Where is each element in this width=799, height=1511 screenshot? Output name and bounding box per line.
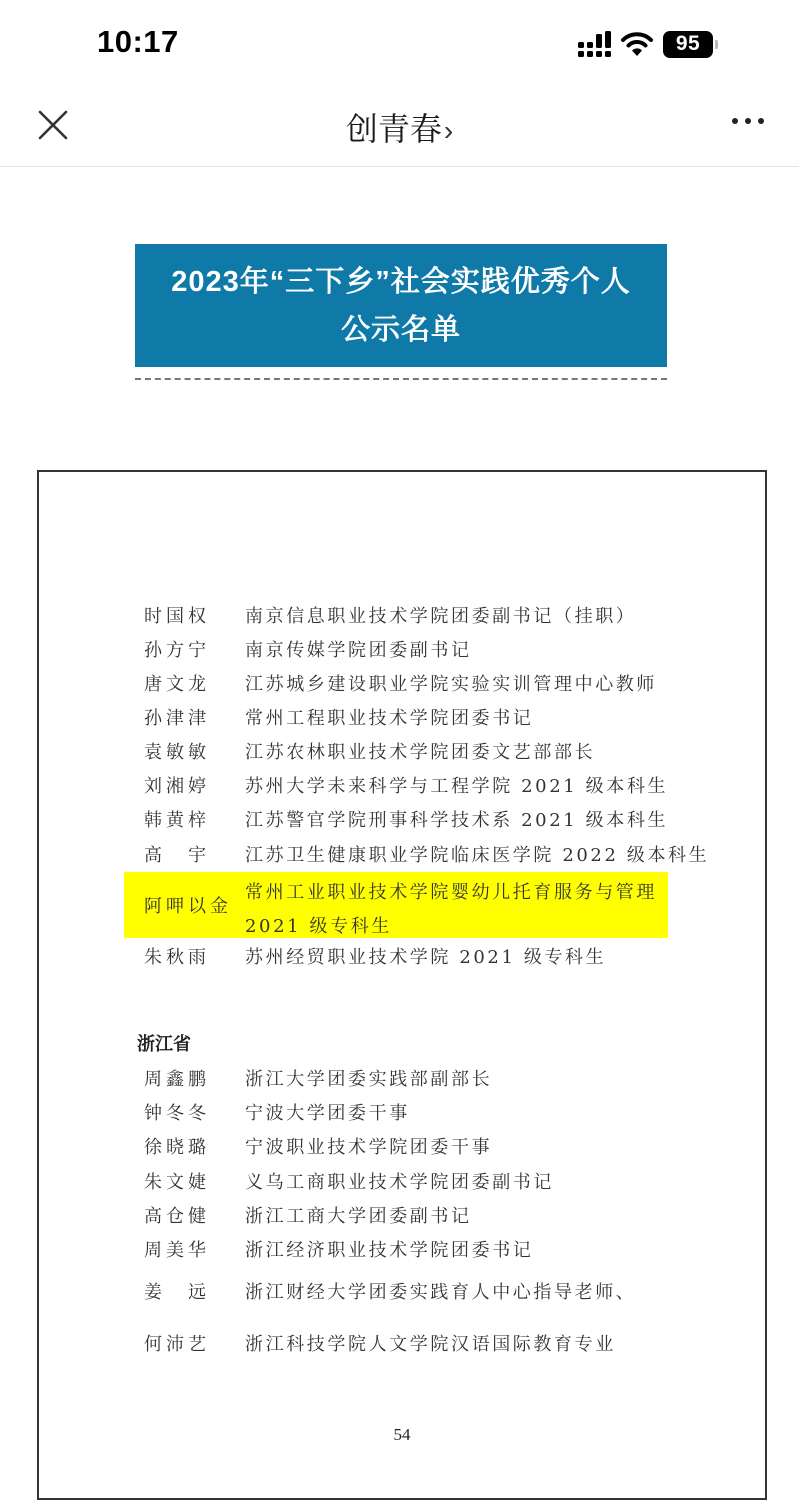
list-item: 高 宇江苏卫生健康职业学院临床医学院 2022 级本科生 bbox=[39, 841, 765, 871]
person-name: 朱秋雨 bbox=[144, 943, 210, 969]
person-desc: 南京传媒学院团委副书记 bbox=[245, 636, 472, 662]
person-desc: 宁波大学团委干事 bbox=[245, 1099, 410, 1125]
person-name: 刘湘婷 bbox=[144, 772, 210, 798]
status-icons: 95 bbox=[578, 28, 718, 60]
person-name: 唐文龙 bbox=[144, 670, 210, 696]
list-item: 孙方宁南京传媒学院团委副书记 bbox=[39, 636, 765, 666]
person-desc: 江苏农林职业技术学院团委文艺部部长 bbox=[245, 738, 595, 764]
list-item: 袁敏敏江苏农林职业技术学院团委文艺部部长 bbox=[39, 738, 765, 768]
person-desc: 浙江工商大学团委副书记 bbox=[245, 1202, 472, 1228]
person-desc: 宁波职业技术学院团委干事 bbox=[245, 1133, 492, 1159]
person-desc: 江苏卫生健康职业学院临床医学院 2022 级本科生 bbox=[245, 841, 709, 867]
document-page: 时国权南京信息职业技术学院团委副书记（挂职） 孙方宁南京传媒学院团委副书记 唐文… bbox=[37, 470, 767, 1500]
person-name: 何沛艺 bbox=[144, 1330, 210, 1356]
person-desc: 苏州经贸职业技术学院 2021 级专科生 bbox=[245, 943, 606, 969]
person-desc: 江苏城乡建设职业学院实验实训管理中心教师 bbox=[245, 670, 657, 696]
list-item: 刘湘婷苏州大学未来科学与工程学院 2021 级本科生 bbox=[39, 772, 765, 802]
person-desc: 浙江科技学院人文学院汉语国际教育专业 bbox=[245, 1330, 616, 1356]
chevron-right-icon: › bbox=[444, 115, 453, 146]
highlighted-list-item: 阿呷以金常州工业职业技术学院婴幼儿托育服务与管理 2021 级专科生 bbox=[124, 872, 668, 938]
dashed-divider bbox=[135, 378, 667, 380]
list-item: 高仓健浙江工商大学团委副书记 bbox=[39, 1202, 765, 1232]
person-name: 孙方宁 bbox=[144, 636, 210, 662]
list-item: 周美华浙江经济职业技术学院团委书记 bbox=[39, 1236, 765, 1266]
person-desc: 江苏警官学院刑事科学技术系 2021 级本科生 bbox=[245, 806, 668, 832]
person-name: 钟冬冬 bbox=[144, 1099, 210, 1125]
nav-divider bbox=[0, 166, 799, 167]
person-name: 阿呷以金 bbox=[144, 892, 232, 918]
person-name: 朱文婕 bbox=[144, 1168, 210, 1194]
list-item: 何沛艺浙江科技学院人文学院汉语国际教育专业 bbox=[39, 1330, 765, 1360]
person-desc: 苏州大学未来科学与工程学院 2021 级本科生 bbox=[245, 772, 668, 798]
list-item: 韩黄梓江苏警官学院刑事科学技术系 2021 级本科生 bbox=[39, 806, 765, 836]
banner-line-1: 2023年“三下乡”社会实践优秀个人 bbox=[135, 258, 667, 306]
banner-line-2: 公示名单 bbox=[135, 306, 667, 354]
signal-icon bbox=[578, 31, 611, 57]
person-desc: 浙江大学团委实践部副部长 bbox=[245, 1065, 492, 1091]
person-name: 姜 远 bbox=[144, 1278, 210, 1304]
person-name: 高 宇 bbox=[144, 841, 210, 867]
more-icon[interactable] bbox=[732, 118, 764, 124]
list-item: 孙津津常州工程职业技术学院团委书记 bbox=[39, 704, 765, 734]
person-name: 周美华 bbox=[144, 1236, 210, 1262]
person-name: 徐晓璐 bbox=[144, 1133, 210, 1159]
person-name: 周鑫鹏 bbox=[144, 1065, 210, 1091]
status-time: 10:17 bbox=[97, 24, 179, 60]
nav-title[interactable]: 创青春› bbox=[0, 104, 799, 150]
person-name: 时国权 bbox=[144, 602, 210, 628]
list-item: 朱文婕义乌工商职业技术学院团委副书记 bbox=[39, 1168, 765, 1198]
battery-percent: 95 bbox=[663, 31, 713, 58]
list-item: 时国权南京信息职业技术学院团委副书记（挂职） bbox=[39, 602, 765, 632]
list-item: 周鑫鹏浙江大学团委实践部副部长 bbox=[39, 1065, 765, 1095]
person-desc: 常州工程职业技术学院团委书记 bbox=[245, 704, 533, 730]
person-desc: 浙江经济职业技术学院团委书记 bbox=[245, 1236, 533, 1262]
article-banner: 2023年“三下乡”社会实践优秀个人 公示名单 bbox=[135, 244, 667, 367]
person-desc: 常州工业职业技术学院婴幼儿托育服务与管理 2021 级专科生 bbox=[245, 876, 665, 944]
battery-icon: 95 bbox=[663, 31, 718, 58]
person-name: 韩黄梓 bbox=[144, 806, 210, 832]
list-item: 钟冬冬宁波大学团委干事 bbox=[39, 1099, 765, 1129]
nav-title-text: 创青春 bbox=[346, 111, 442, 147]
person-name: 高仓健 bbox=[144, 1202, 210, 1228]
list-item: 姜 远浙江财经大学团委实践育人中心指导老师、 bbox=[39, 1278, 765, 1308]
list-item: 唐文龙江苏城乡建设职业学院实验实训管理中心教师 bbox=[39, 670, 765, 700]
person-desc: 浙江财经大学团委实践育人中心指导老师、 bbox=[245, 1278, 636, 1304]
person-desc: 义乌工商职业技术学院团委副书记 bbox=[245, 1168, 554, 1194]
person-name: 孙津津 bbox=[144, 704, 210, 730]
list-item: 朱秋雨苏州经贸职业技术学院 2021 级专科生 bbox=[39, 943, 765, 973]
section-heading: 浙江省 bbox=[137, 1030, 191, 1056]
wifi-icon bbox=[621, 31, 653, 57]
person-name: 袁敏敏 bbox=[144, 738, 210, 764]
list-item: 徐晓璐宁波职业技术学院团委干事 bbox=[39, 1133, 765, 1163]
person-desc: 南京信息职业技术学院团委副书记（挂职） bbox=[245, 602, 636, 628]
page-number: 54 bbox=[39, 1425, 765, 1445]
